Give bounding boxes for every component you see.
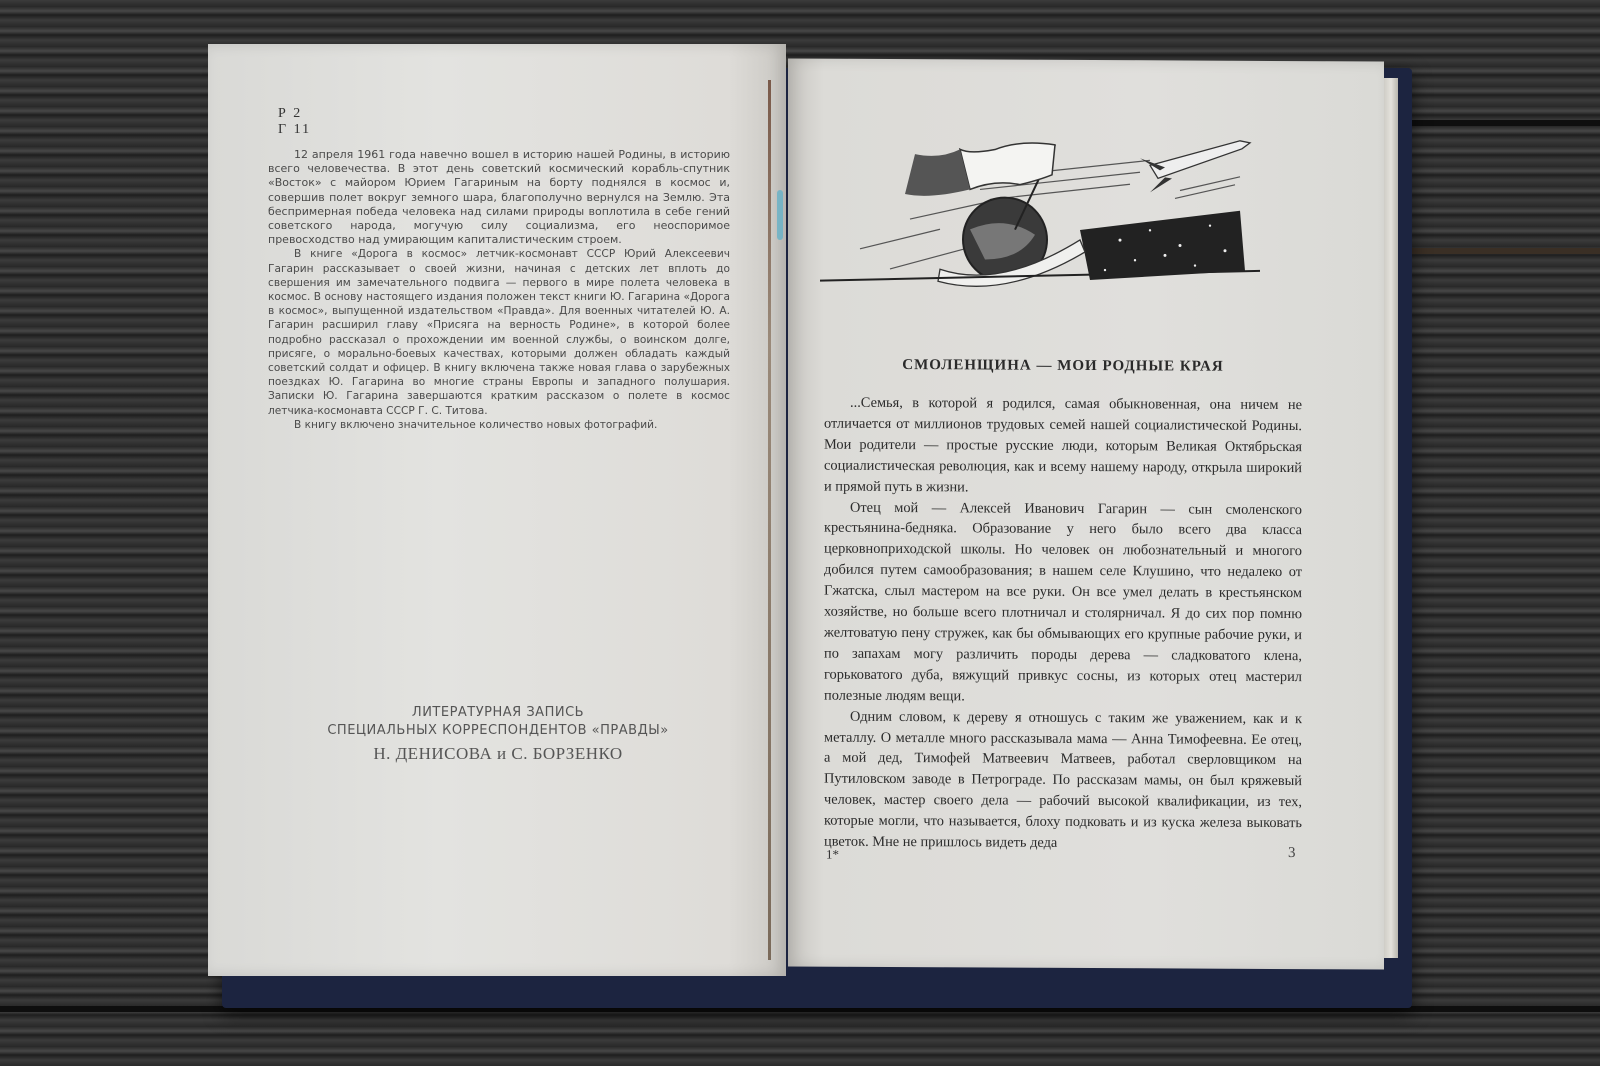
- library-code-line: Г 11: [278, 122, 311, 138]
- page-edges: [1384, 78, 1398, 958]
- blue-ink-stain: [777, 190, 783, 240]
- wood-plank-gap: [1380, 120, 1600, 126]
- chapter-title: СМОЛЕНЩИНА — МОИ РОДНЫЕ КРАЯ: [828, 357, 1298, 376]
- body-paragraph: ...Семья, в которой я родился, самая обы…: [824, 393, 1302, 500]
- book-gutter: [768, 80, 771, 960]
- credits-line: СПЕЦИАЛЬНЫХ КОРРЕСПОНДЕНТОВ «ПРАВДЫ»: [248, 722, 748, 740]
- chapter-body: ...Семья, в которой я родился, самая обы…: [824, 393, 1302, 855]
- literary-credits: ЛИТЕРАТУРНАЯ ЗАПИСЬ СПЕЦИАЛЬНЫХ КОРРЕСПО…: [248, 704, 748, 764]
- annotation-paragraph: В книгу включено значительное количество…: [268, 418, 730, 432]
- left-page: Р 2 Г 11 12 апреля 1961 года навечно вош…: [208, 44, 786, 976]
- signature-mark: 1*: [826, 847, 839, 863]
- credits-authors: Н. ДЕНИСОВА и С. БОРЗЕНКО: [248, 744, 748, 764]
- body-paragraph: Отец мой — Алексей Иванович Гагарин — сы…: [824, 497, 1302, 709]
- wood-plank-gap: [1380, 248, 1600, 254]
- library-code-line: Р 2: [278, 106, 311, 122]
- page-number: 3: [1288, 845, 1296, 862]
- annotation-paragraph: 12 апреля 1961 года навечно вошел в исто…: [268, 148, 730, 247]
- credits-line: ЛИТЕРАТУРНАЯ ЗАПИСЬ: [248, 704, 748, 722]
- annotation-paragraph: В книге «Дорога в космос» летчик-космона…: [268, 247, 730, 417]
- rocket-globe-flag-icon: [820, 119, 1260, 301]
- right-page: СМОЛЕНЩИНА — МОИ РОДНЫЕ КРАЯ ...Семья, в…: [788, 58, 1384, 969]
- library-classification-code: Р 2 Г 11: [278, 106, 311, 138]
- body-paragraph: Одним словом, к дереву я отношусь с таки…: [824, 706, 1302, 855]
- book-annotation: 12 апреля 1961 года навечно вошел в исто…: [268, 148, 730, 432]
